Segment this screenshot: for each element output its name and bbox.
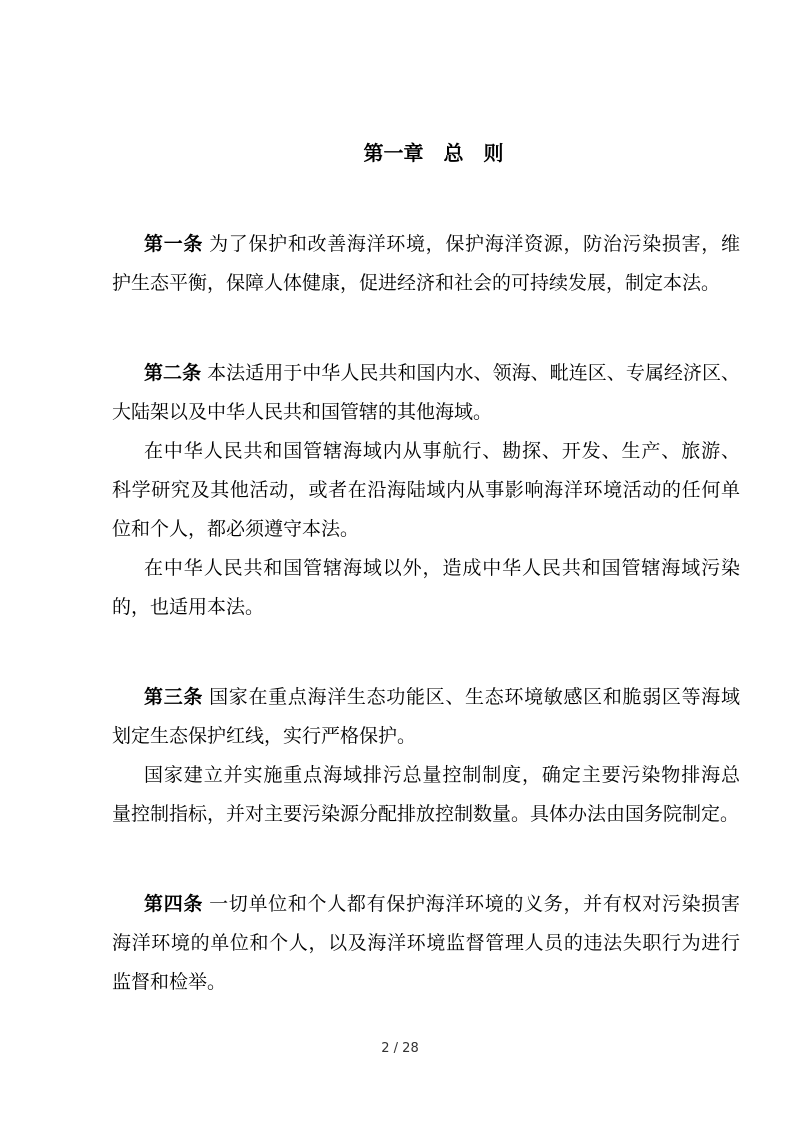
document-body: 第一章 总 则 第一条为了保护和改善海洋环境，保护海洋资源，防治污染损害，维 护… (0, 140, 800, 1002)
paragraph-article-2: 第二条本法适用于中华人民共和国内水、领海、毗连区、专属经济区、 大陆架以及中华人… (112, 354, 740, 432)
paragraph-article-4: 第四条一切单位和个人都有保护海洋环境的义务，并有权对污染损害 海洋环境的单位和个… (112, 885, 740, 1002)
text-line: 监督和检举。 (112, 963, 740, 1002)
line-text: 本法适用于中华人民共和国内水、领海、毗连区、专属经济区、 (207, 362, 740, 384)
line-text: 一切单位和个人都有保护海洋环境的义务，并有权对污染损害 (209, 893, 740, 915)
text-line: 护生态平衡，保障人体健康，促进经济和社会的可持续发展，制定本法。 (112, 264, 740, 303)
text-line: 的，也适用本法。 (112, 588, 740, 627)
text-line: 第一条为了保护和改善海洋环境，保护海洋资源，防治污染损害，维 (112, 225, 740, 264)
document-page: 第一章 总 则 第一条为了保护和改善海洋环境，保护海洋资源，防治污染损害，维 护… (0, 0, 800, 1132)
text-line: 第三条国家在重点海洋生态功能区、生态环境敏感区和脆弱区等海域 (112, 678, 740, 717)
article-label: 第一条 (144, 233, 203, 255)
text-line: 第四条一切单位和个人都有保护海洋环境的义务，并有权对污染损害 (112, 885, 740, 924)
article-label: 第三条 (144, 686, 203, 708)
page-number: 2 / 28 (0, 1041, 800, 1056)
text-line: 海洋环境的单位和个人，以及海洋环境监督管理人员的违法失职行为进行 (112, 924, 740, 963)
text-line: 第二条本法适用于中华人民共和国内水、领海、毗连区、专属经济区、 (112, 354, 740, 393)
text-line: 科学研究及其他活动，或者在沿海陆域内从事影响海洋环境活动的任何单 (112, 471, 740, 510)
line-text: 国家在重点海洋生态功能区、生态环境敏感区和脆弱区等海域 (209, 686, 740, 708)
article-label: 第四条 (144, 893, 203, 915)
text-line: 划定生态保护红线，实行严格保护。 (112, 717, 740, 756)
text-line: 量控制指标，并对主要污染源分配排放控制数量。具体办法由国务院制定。 (112, 795, 740, 834)
paragraph-article-2-cont-1: 在中华人民共和国管辖海域内从事航行、勘探、开发、生产、旅游、 科学研究及其他活动… (112, 432, 740, 549)
paragraph-article-2-cont-2: 在中华人民共和国管辖海域以外，造成中华人民共和国管辖海域污染 的，也适用本法。 (112, 549, 740, 627)
text-line: 位和个人，都必须遵守本法。 (112, 510, 740, 549)
article-label: 第二条 (144, 362, 201, 384)
text-line: 在中华人民共和国管辖海域以外，造成中华人民共和国管辖海域污染 (112, 549, 740, 588)
chapter-title: 第一章 总 则 (112, 140, 740, 166)
text-line: 在中华人民共和国管辖海域内从事航行、勘探、开发、生产、旅游、 (112, 432, 740, 471)
text-line: 国家建立并实施重点海域排污总量控制制度，确定主要污染物排海总 (112, 756, 740, 795)
text-line: 大陆架以及中华人民共和国管辖的其他海域。 (112, 393, 740, 432)
paragraph-article-3-cont: 国家建立并实施重点海域排污总量控制制度，确定主要污染物排海总 量控制指标，并对主… (112, 756, 740, 834)
paragraph-article-1: 第一条为了保护和改善海洋环境，保护海洋资源，防治污染损害，维 护生态平衡，保障人… (112, 225, 740, 303)
paragraph-article-3: 第三条国家在重点海洋生态功能区、生态环境敏感区和脆弱区等海域 划定生态保护红线，… (112, 678, 740, 756)
line-text: 为了保护和改善海洋环境，保护海洋资源，防治污染损害，维 (209, 233, 740, 255)
